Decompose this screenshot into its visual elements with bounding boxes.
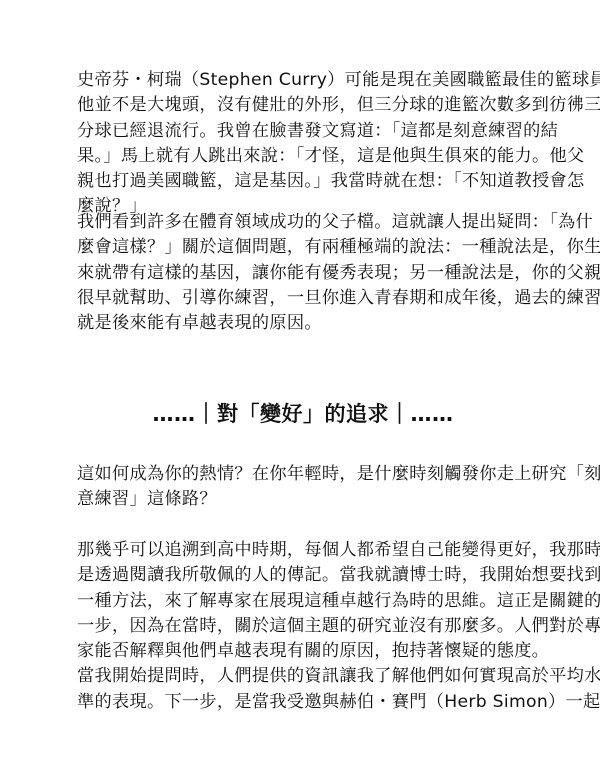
text-line: 意練習」這條路？	[77, 487, 600, 512]
text-line: 就是後來能有卓越表現的原因。	[77, 311, 600, 336]
text-line: 他並不是大塊頭，沒有健壯的外形，但三分球的進籃次數多到彷彿三	[77, 93, 600, 118]
text-line: 是透過閱讀我所敬佩的人的傳記。當我就讀博士時，我開始想要找到	[77, 563, 600, 588]
text-line: 一步，因為在當時，關於這個主題的研究並沒有那麼多。人們對於專	[77, 614, 600, 639]
text-line: 親也打過美國職籃，這是基因。」我當時就在想：「不知道教授會怎	[77, 169, 600, 194]
paragraph-curry: 史帝芬・柯瑞（Stephen Curry）可能是現在美國職籃最佳的籃球員。 他並…	[77, 68, 600, 220]
text-line: 這如何成為你的熱情？在你年輕時，是什麼時刻觸發你走上研究「刻	[77, 462, 600, 487]
text-line: 那幾乎可以追溯到高中時期，每個人都希望自己能變得更好，我那時	[77, 538, 600, 563]
section-heading: ……｜對「變好」的追求｜……	[77, 398, 529, 428]
paragraph-answer: 那幾乎可以追溯到高中時期，每個人都希望自己能變得更好，我那時 是透過閱讀我所敬佩…	[77, 538, 600, 715]
text-line: 來就帶有這樣的基因，讓你能有優秀表現；另一種說法是，你的父親	[77, 261, 600, 286]
text-line: 家能否解釋與他們卓越表現有關的原因，抱持著懷疑的態度。	[77, 639, 600, 664]
text-line: 分球已經退流行。我曾在臉書發文寫道：「這都是刻意練習的結	[77, 119, 600, 144]
text-line: 麼會這樣？」關於這個問題，有兩種極端的說法：一種說法是，你生	[77, 235, 600, 260]
paragraph-question: 這如何成為你的熱情？在你年輕時，是什麼時刻觸發你走上研究「刻 意練習」這條路？	[77, 462, 600, 513]
paragraph-father-son: 我們看到許多在體育領域成功的父子檔。這就讓人提出疑問：「為什 麼會這樣？」關於這…	[77, 210, 600, 336]
text-line: 史帝芬・柯瑞（Stephen Curry）可能是現在美國職籃最佳的籃球員。	[77, 68, 600, 93]
text-line: 果。」馬上就有人跳出來說：「才怪，這是他與生俱來的能力。他父	[77, 144, 600, 169]
text-line: 我們看到許多在體育領域成功的父子檔。這就讓人提出疑問：「為什	[77, 210, 600, 235]
text-line: 一種方法，來了解專家在展現這種卓越行為時的思維。這正是關鍵的	[77, 589, 600, 614]
text-line: 當我開始提問時，人們提供的資訊讓我了解他們如何實現高於平均水	[77, 664, 600, 689]
text-line: 很早就幫助、引導你練習，一旦你進入青春期和成年後，過去的練習	[77, 286, 600, 311]
text-line: 準的表現。下一步，是當我受邀與赫伯・賽門（Herb Simon）一起工	[77, 690, 600, 715]
